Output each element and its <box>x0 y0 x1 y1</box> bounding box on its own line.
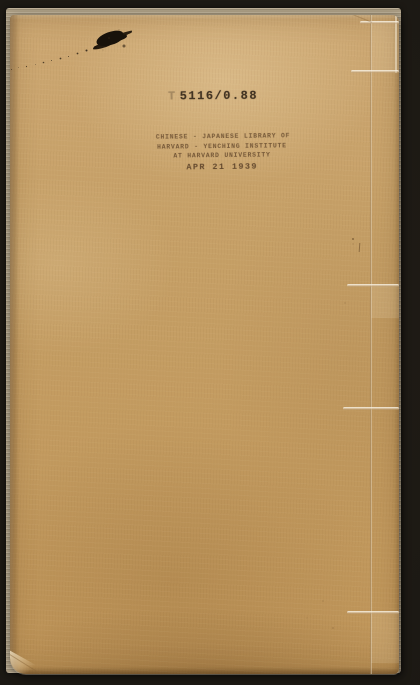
binding-crease-horizontal <box>347 284 399 287</box>
binding-crease-vertical <box>370 15 372 674</box>
call-number-prefix: T <box>168 89 177 103</box>
paper-scratch <box>359 243 361 252</box>
bottom-edge-shadow <box>10 667 399 674</box>
call-number-stamp: T5116/0.88 <box>168 89 258 104</box>
binding-crease-horizontal <box>351 70 399 73</box>
call-number-value: 5116/0.88 <box>180 89 258 104</box>
spine-strip-patch <box>371 286 399 318</box>
stamp-line-3: AT HARVARD UNIVERSITY <box>156 150 288 161</box>
binding-crease-horizontal <box>360 21 399 24</box>
paper-specks <box>10 15 12 17</box>
spine-strip-patch <box>371 613 399 663</box>
stamp-date: APR 21 1939 <box>156 161 288 173</box>
left-edge-shadow <box>10 15 19 674</box>
binding-crease-horizontal <box>347 611 399 614</box>
binding-crease-horizontal <box>343 407 399 410</box>
library-accession-stamp: CHINESE - JAPANESE LIBRARY OF HARVARD - … <box>156 131 288 173</box>
paper-texture <box>10 15 399 674</box>
book-cover: T5116/0.88 CHINESE - JAPANESE LIBRARY OF… <box>10 15 399 674</box>
scanned-document-page: T5116/0.88 CHINESE - JAPANESE LIBRARY OF… <box>0 0 420 685</box>
